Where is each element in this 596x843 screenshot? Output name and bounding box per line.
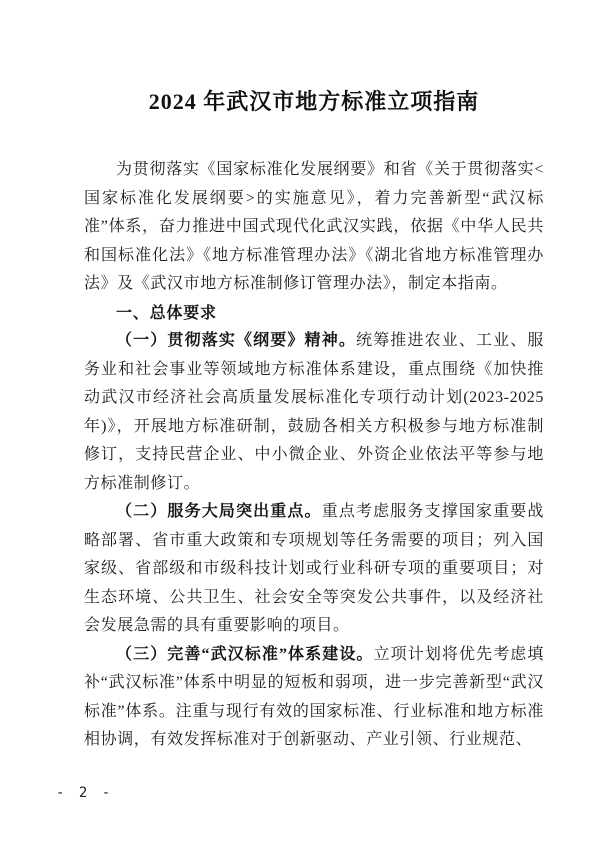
item-1-lead: （一）贯彻落实《纲要》精神。 bbox=[116, 332, 356, 349]
document-title: 2024 年武汉市地方标准立项指南 bbox=[84, 88, 544, 116]
item-2-body: 重点考虑服务支撑国家重要战略部署、省市重大政策和专项规划等任务需要的项目；列入国… bbox=[84, 503, 544, 634]
intro-paragraph: 为贯彻落实《国家标准化发展纲要》和省《关于贯彻落实<国家标准化发展纲要>的实施意… bbox=[84, 156, 544, 299]
item-1-paragraph: （一）贯彻落实《纲要》精神。统筹推进农业、工业、服务业和社会事业等领域地方标准体… bbox=[84, 327, 544, 498]
intro-paragraph-text: 为贯彻落实《国家标准化发展纲要》和省《关于贯彻落实<国家标准化发展纲要>的实施意… bbox=[84, 161, 544, 292]
item-1-body: 统筹推进农业、工业、服务业和社会事业等领域地方标准体系建设，重点围绕《加快推动武… bbox=[84, 332, 544, 492]
item-2-lead: （二）服务大局突出重点。 bbox=[116, 503, 322, 520]
item-3-paragraph: （三）完善“武汉标准”体系建设。立项计划将优先考虑填补“武汉标准”体系中明显的短… bbox=[84, 641, 544, 755]
document-page: 2024 年武汉市地方标准立项指南 为贯彻落实《国家标准化发展纲要》和省《关于贯… bbox=[0, 0, 596, 843]
section-heading-general-requirements: 一、总体要求 bbox=[84, 299, 544, 328]
page-number: - 2 - bbox=[56, 785, 113, 801]
item-2-paragraph: （二）服务大局突出重点。重点考虑服务支撑国家重要战略部署、省市重大政策和专项规划… bbox=[84, 498, 544, 641]
item-3-lead: （三）完善“武汉标准”体系建设。 bbox=[116, 646, 374, 663]
